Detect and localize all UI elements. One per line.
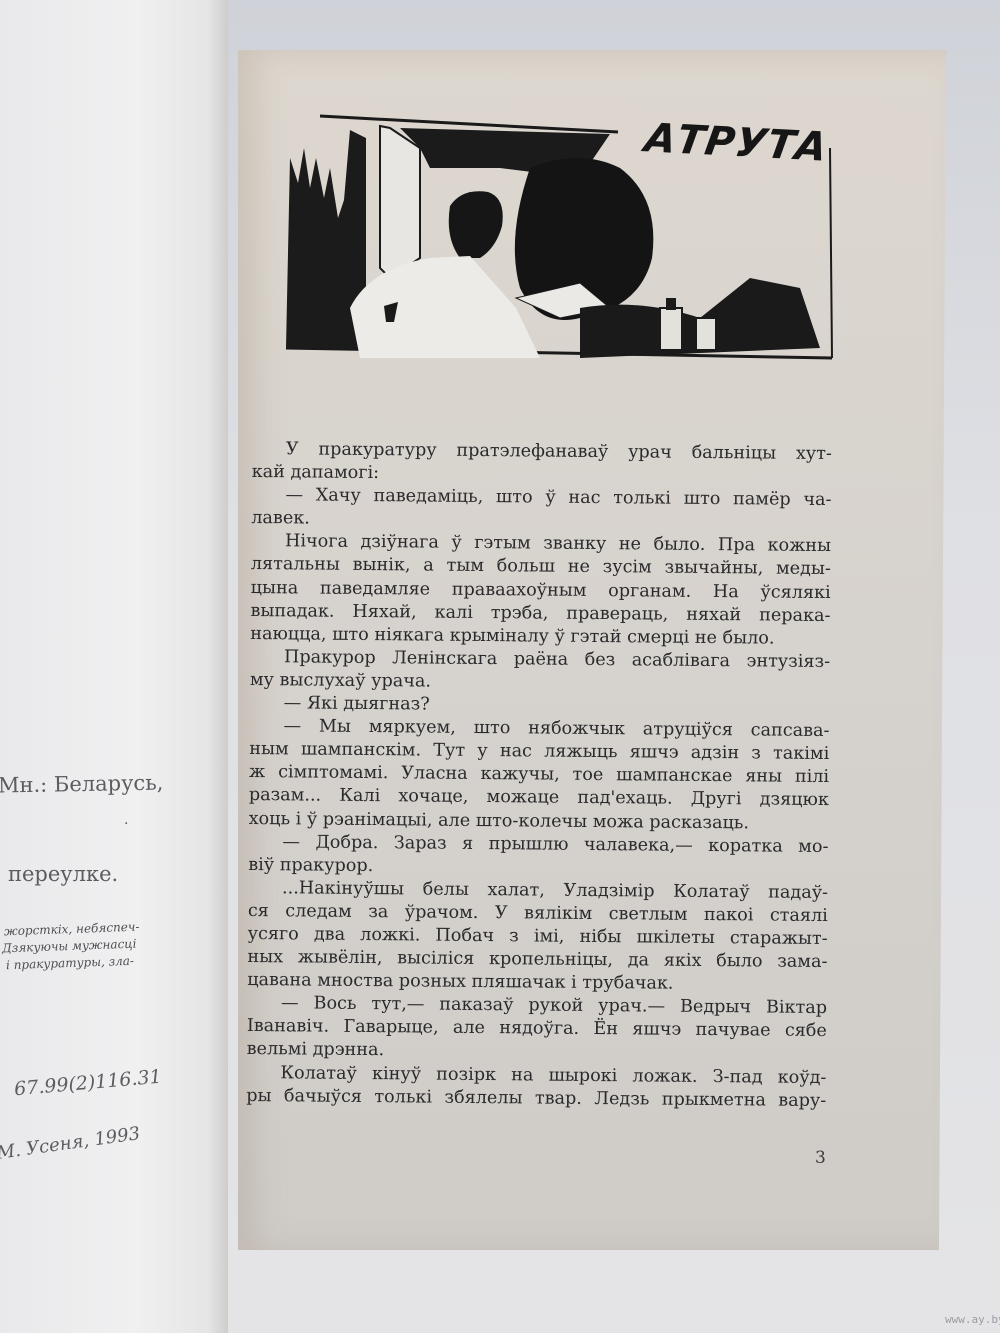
page-gutter-shadow xyxy=(208,0,228,1333)
watermark: www.ay.by xyxy=(945,1313,1000,1326)
page-number: 3 xyxy=(815,1148,826,1168)
copyright-line: М. Усеня, 1993 xyxy=(0,1123,141,1164)
left-page: Мн.: Беларусь, . переулке. жорсткіх, неб… xyxy=(0,0,228,1333)
annotation-line-3: і пракуратуры, зла- xyxy=(6,953,134,973)
lane-line: переулке. xyxy=(8,862,118,886)
classification-code: 67.99(2)116.31 xyxy=(13,1066,162,1101)
body-text: У пракуратуру пратэлефанаваў урач бальні… xyxy=(246,438,832,1113)
stray-dot: . xyxy=(124,812,128,828)
publisher-line: Мн.: Беларусь, xyxy=(0,771,164,798)
chapter-title: АТРУТА xyxy=(642,115,832,170)
